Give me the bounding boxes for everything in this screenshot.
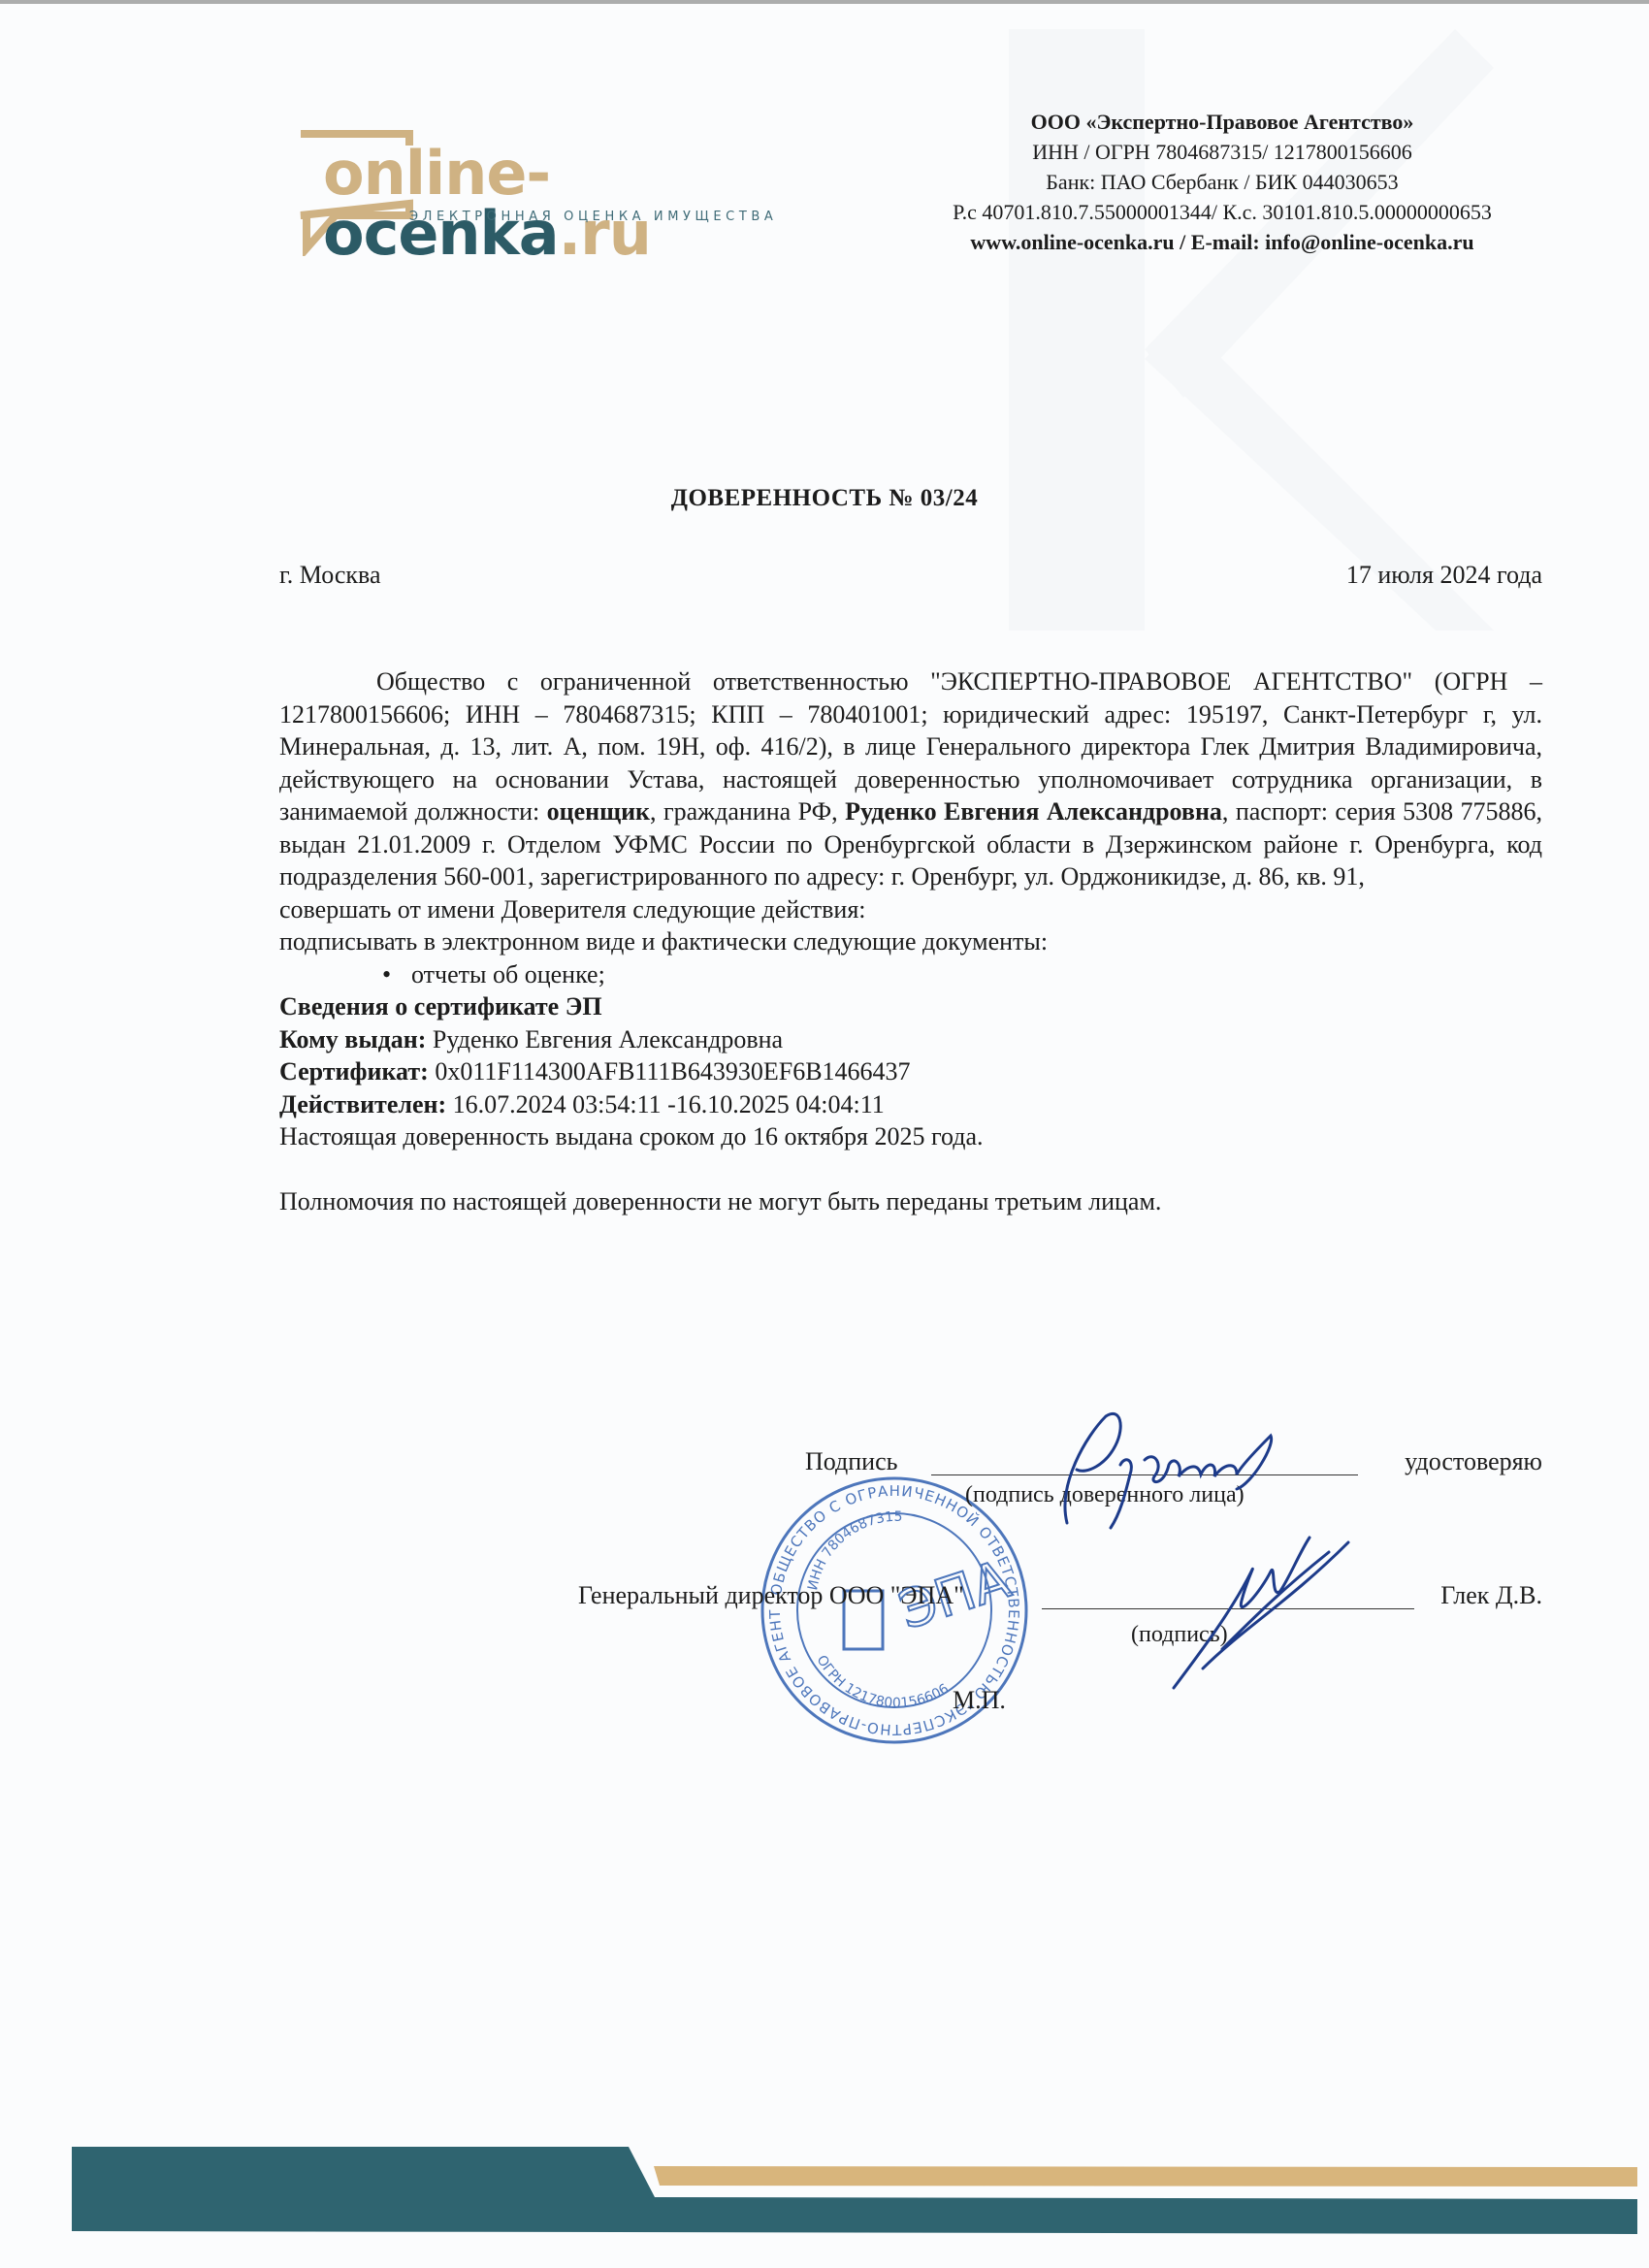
company-bank: Банк: ПАО Сбербанк / БИК 044030653 <box>873 167 1571 197</box>
company-header: ООО «Экспертно-Правовое Агентство» ИНН /… <box>873 107 1571 257</box>
employee-name: Руденко Евгения Александровна <box>845 797 1222 826</box>
certificate-heading-text: Сведения о сертификате ЭП <box>279 992 602 1021</box>
logo-tagline: ЭЛЕКТРОННАЯ ОЦЕНКА ИМУЩЕСТВА <box>409 210 777 224</box>
logo-word-ocenka: ocenka <box>323 198 559 269</box>
handwritten-signature-director-icon <box>1164 1523 1358 1698</box>
bullet-item: отчеты об оценке; <box>279 958 1542 991</box>
proxy-signature-label: Подпись <box>805 1447 897 1475</box>
proxy-signature-caption: (подпись доверенного лица) <box>965 1482 1245 1508</box>
term-line: Настоящая доверенность выдана сроком до … <box>279 1120 1542 1153</box>
bullet-item-text: отчеты об оценке; <box>376 960 605 988</box>
logo-word-ru: .ru <box>559 198 651 269</box>
field-label: Действителен: <box>279 1090 446 1118</box>
spacer <box>279 1153 1542 1185</box>
field-value: Руденко Евгения Александровна <box>426 1025 783 1053</box>
field-label: Кому выдан: <box>279 1025 426 1053</box>
company-accounts: Р.с 40701.810.7.55000001344/ К.с. 30101.… <box>873 197 1571 227</box>
document-date: 17 июля 2024 года <box>1346 561 1542 590</box>
certificate-number: Сертификат: 0x011F114300AFB111B643930EF6… <box>279 1055 1542 1088</box>
director-title: Генеральный директор ООО "ЭПА" <box>578 1581 964 1609</box>
company-inn-ogrn: ИНН / ОГРН 7804687315/ 1217800156606 <box>873 137 1571 167</box>
logo-wordmark: online-ocenka.ru <box>323 144 821 264</box>
director-signature-line <box>1042 1608 1414 1609</box>
certificate-validity: Действителен: 16.07.2024 03:54:11 -16.10… <box>279 1088 1542 1121</box>
employee-position: оценщик <box>547 797 650 826</box>
place-date-row: г. Москва 17 июля 2024 года <box>279 561 1542 590</box>
director-signature-block: Генеральный директор ООО "ЭПА" Глек Д.В.… <box>578 1581 1542 1610</box>
field-label: Сертификат: <box>279 1057 429 1085</box>
document-city: г. Москва <box>279 561 381 589</box>
main-paragraph: Общество с ограниченной ответственностью… <box>279 665 1542 893</box>
company-logo: online-ocenka.ru ЭЛЕКТРОННАЯ ОЦЕНКА ИМУЩ… <box>297 130 821 246</box>
no-transfer-line: Полномочия по настоящей доверенности не … <box>279 1185 1542 1218</box>
scan-edge <box>0 0 1649 4</box>
proxy-signature-line <box>931 1474 1358 1475</box>
director-signature-caption: (подпись) <box>1131 1622 1228 1648</box>
company-name: ООО «Экспертно-Правовое Агентство» <box>873 107 1571 137</box>
seal-place-label: М.П. <box>953 1686 1006 1715</box>
sign-documents-line: подписывать в электронном виде и фактиче… <box>279 925 1542 958</box>
certificate-heading: Сведения о сертификате ЭП <box>279 990 1542 1023</box>
svg-text:ОГРН 1217800156606: ОГРН 1217800156606 <box>813 1653 952 1711</box>
company-contacts: www.online-ocenka.ru / E-mail: info@onli… <box>873 227 1571 257</box>
field-value: 0x011F114300AFB111B643930EF6B1466437 <box>429 1057 911 1085</box>
proxy-signature-block: Подпись удостоверяю (подпись доверенного… <box>805 1447 1542 1476</box>
document-title: ДОВЕРЕННОСТЬ № 03/24 <box>0 485 1649 512</box>
footer-decorative-bands <box>0 2057 1649 2268</box>
actions-line: совершать от имени Доверителя следующие … <box>279 893 1542 926</box>
director-name: Глек Д.В. <box>1440 1581 1542 1610</box>
document-body: Общество с ограниченной ответственностью… <box>279 665 1542 1217</box>
paragraph-text: , гражданина РФ, <box>650 797 845 826</box>
certificate-issued-to: Кому выдан: Руденко Евгения Александровн… <box>279 1023 1542 1056</box>
proxy-certify-label: удостоверяю <box>1405 1447 1542 1476</box>
field-value: 16.07.2024 03:54:11 -16.10.2025 04:04:11 <box>446 1090 885 1118</box>
